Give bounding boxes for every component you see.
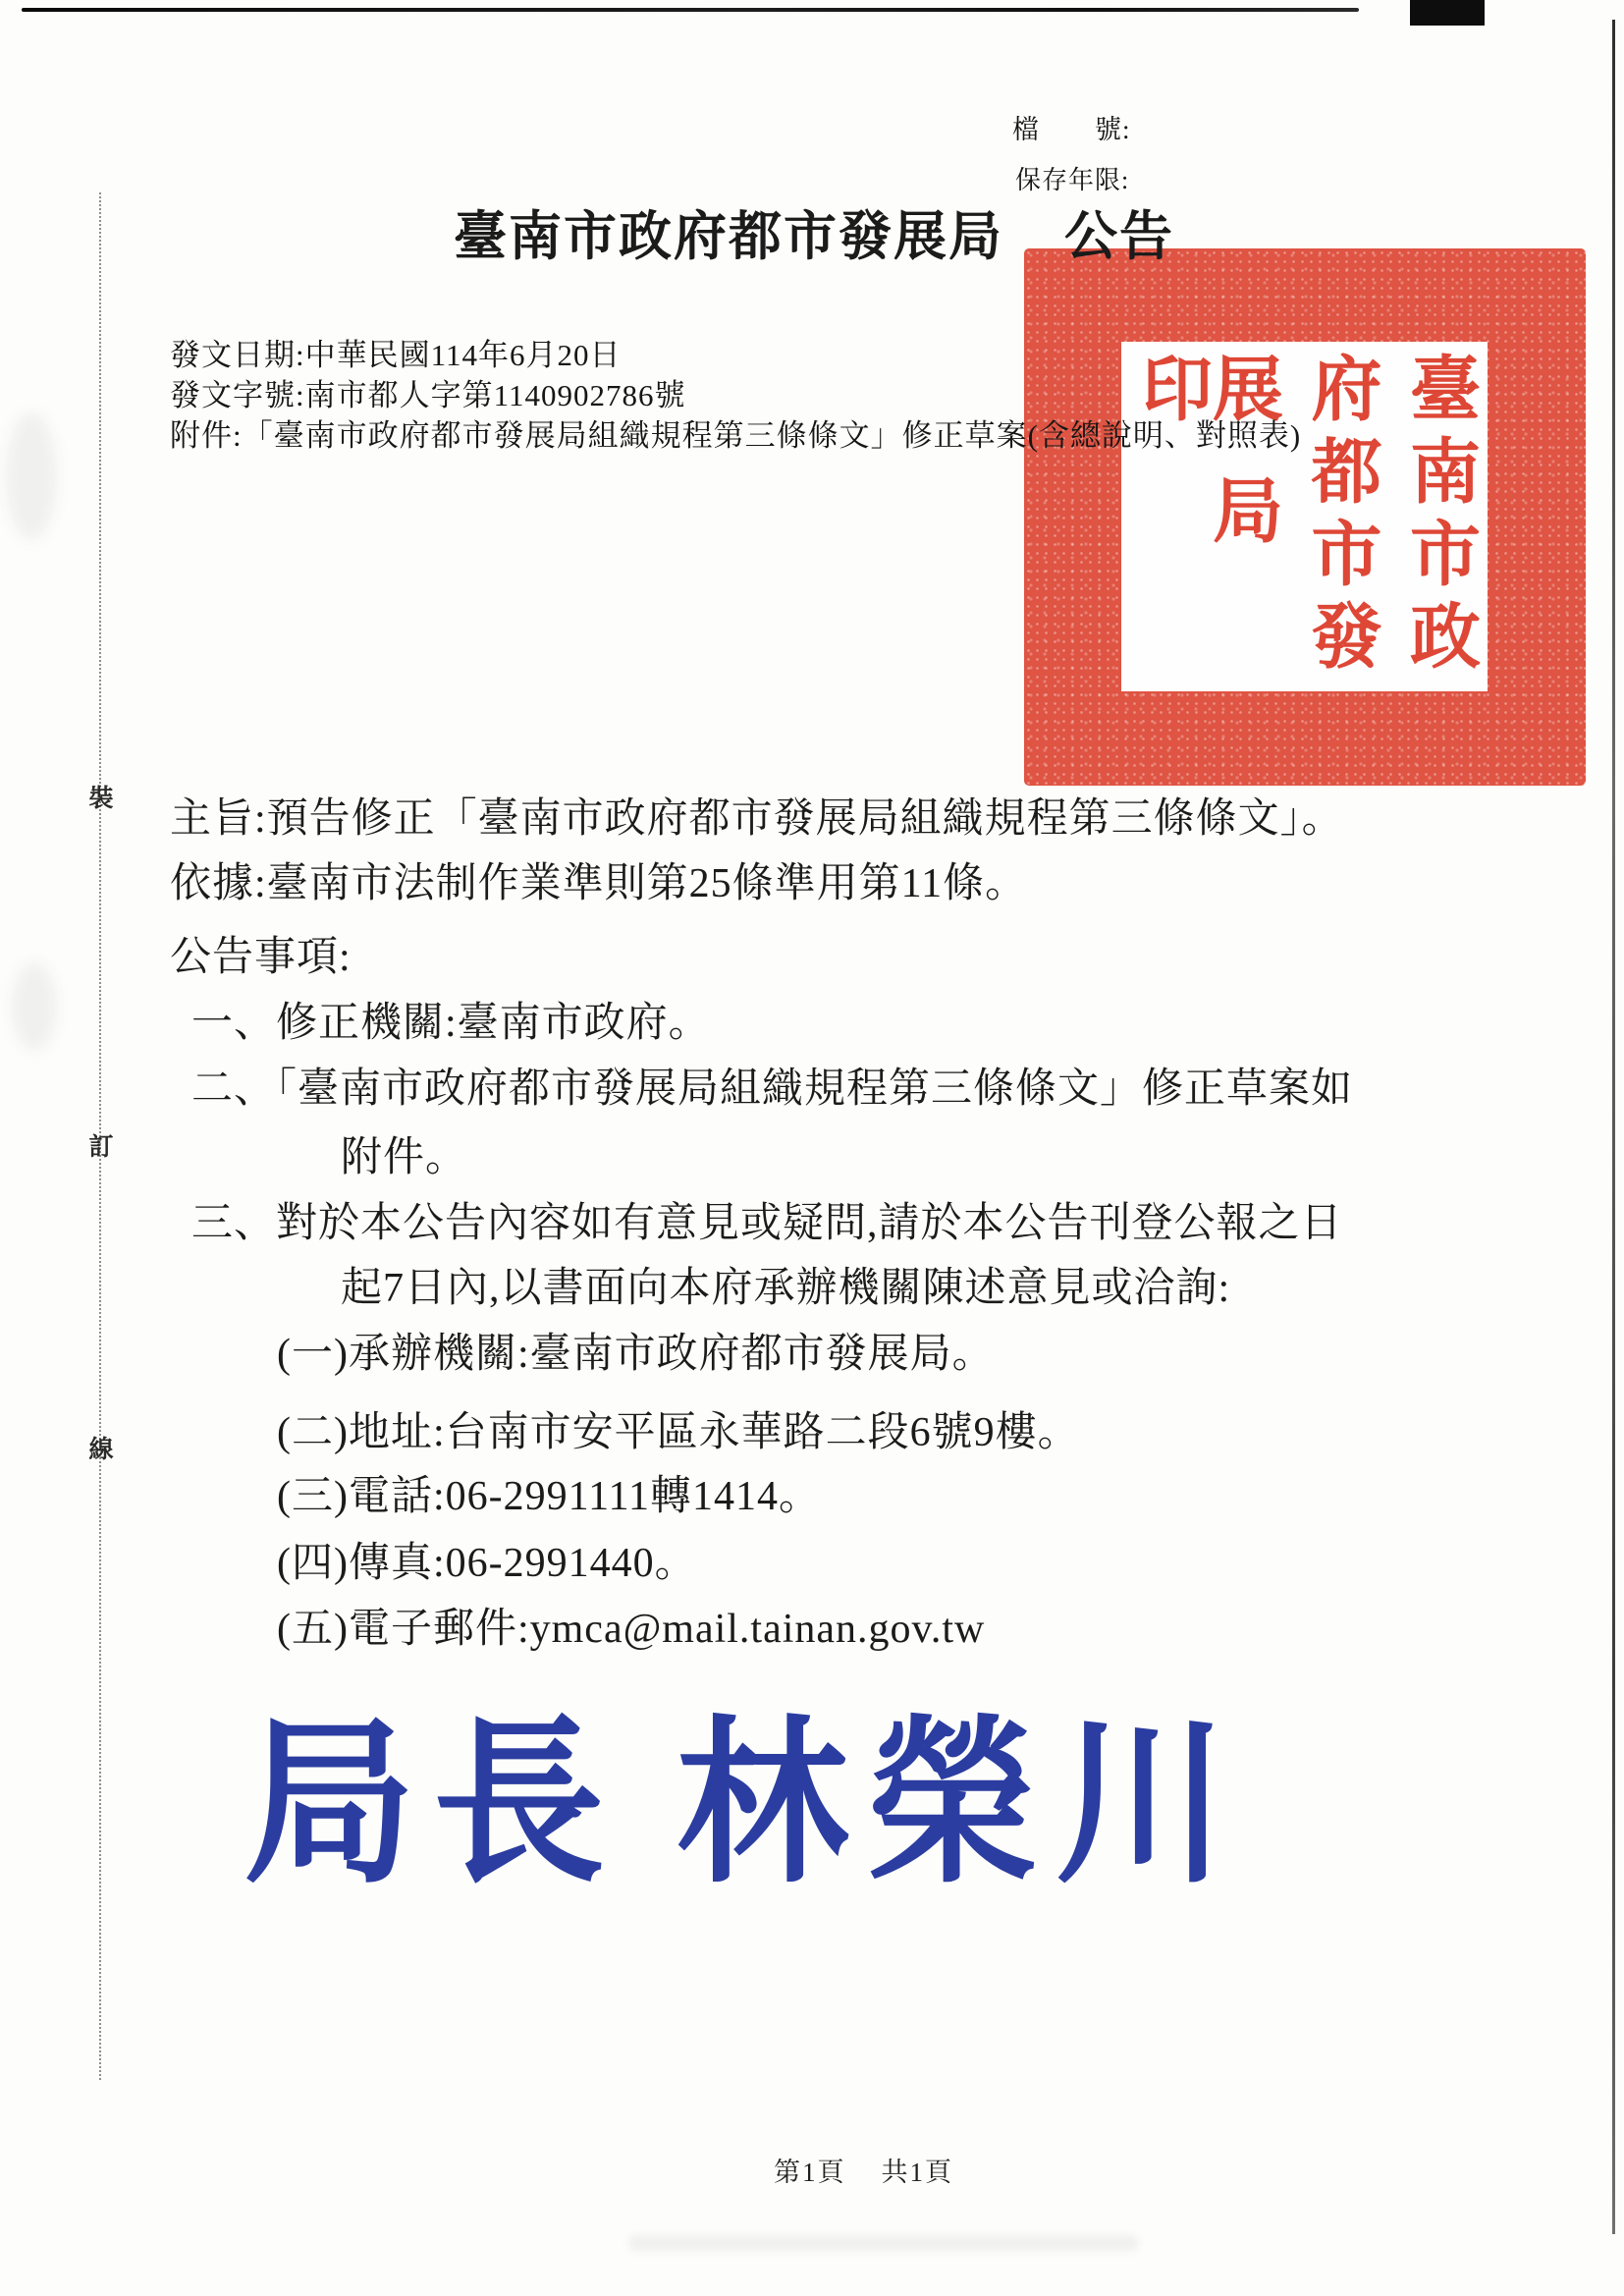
scanned-announcement-page: 裝 訂 線 檔 號: 保存年限: 臺南市政府都市發展局 公告 發文日期:中華民國… [0,0,1624,2296]
seal-column-right: 臺南市政 [1403,352,1474,682]
page-footer: 第1頁 共1頁 [774,2151,953,2189]
item-3-continuation: 起7日內,以書面向本府承辦機關陳述意見或洽詢: [341,1255,1230,1314]
seal-column-middle: 府都市發 [1305,352,1376,682]
signature-name: 林榮川 [677,1707,1245,1903]
scan-smudge [12,962,57,1051]
subitem-5-email: (五)電子郵件:ymca@mail.tainan.gov.tw [277,1596,985,1655]
subitem-4-fax: (四)傳真:06-2991440。 [277,1530,697,1589]
binding-char-ding: 訂 [84,1127,118,1163]
issue-date-line: 發文日期:中華民國114年6月20日 [170,330,621,374]
binding-char-xian: 線 [84,1430,118,1465]
item-1-line: 一、修正機關:臺南市政府。 [191,990,711,1049]
scan-smudge [628,2235,1139,2251]
subitem-3-phone: (三)電話:06-2991111轉1414。 [277,1463,821,1522]
attachment-line: 附件:「臺南市政府都市發展局組織規程第三條條文」修正草案(含總說明、對照表) [170,410,1301,455]
subitem-2-address: (二)地址:台南市安平區永華路二段6號9樓。 [277,1399,1080,1458]
director-signature: 局長 林榮川 [244,1707,1245,1903]
binding-char-zhuang: 裝 [84,779,118,814]
scan-corner-black-mark [1410,0,1485,26]
page-number: 第1頁 [774,2151,846,2189]
scan-smudge [6,412,57,540]
retention-period-label: 保存年限: [1015,160,1129,196]
subitem-1-agency: (一)承辦機關:臺南市政府都市發展局。 [277,1321,995,1380]
file-number-label: 檔 號: [1012,108,1131,146]
document-title: 臺南市政府都市發展局 公告 [454,194,1174,270]
official-seal-stamp: 臺南市政 府都市發 展局印 [1024,248,1586,786]
item-2-line: 二、「臺南市政府都市發展局組織規程第三條條文」修正草案如 [191,1056,1353,1115]
document-number-line: 發文字號:南市都人字第1140902786號 [170,370,685,414]
document-type-label: 公告 [1064,194,1174,270]
total-pages: 共1頁 [882,2151,954,2189]
item-3-line: 三、對於本公告內容如有意見或疑問,請於本公告刊登公報之日 [191,1190,1343,1249]
seal-inner-area: 臺南市政 府都市發 展局印 [1121,342,1488,691]
scan-edge-top-line [22,8,1359,12]
subject-line: 主旨:預告修正「臺南市政府都市發展局組織規程第三條條文」。 [170,786,1344,845]
legal-basis-line: 依據:臺南市法制作業準則第25條準用第11條。 [170,850,1027,909]
scan-edge-right-line [1612,20,1615,2234]
signature-title: 局長 [244,1707,623,1903]
items-header-line: 公告事項: [170,924,352,983]
seal-column-left: 展局印 [1135,352,1276,682]
item-2-continuation: 附件。 [341,1124,467,1183]
issuing-org-name: 臺南市政府都市發展局 [454,194,1003,270]
